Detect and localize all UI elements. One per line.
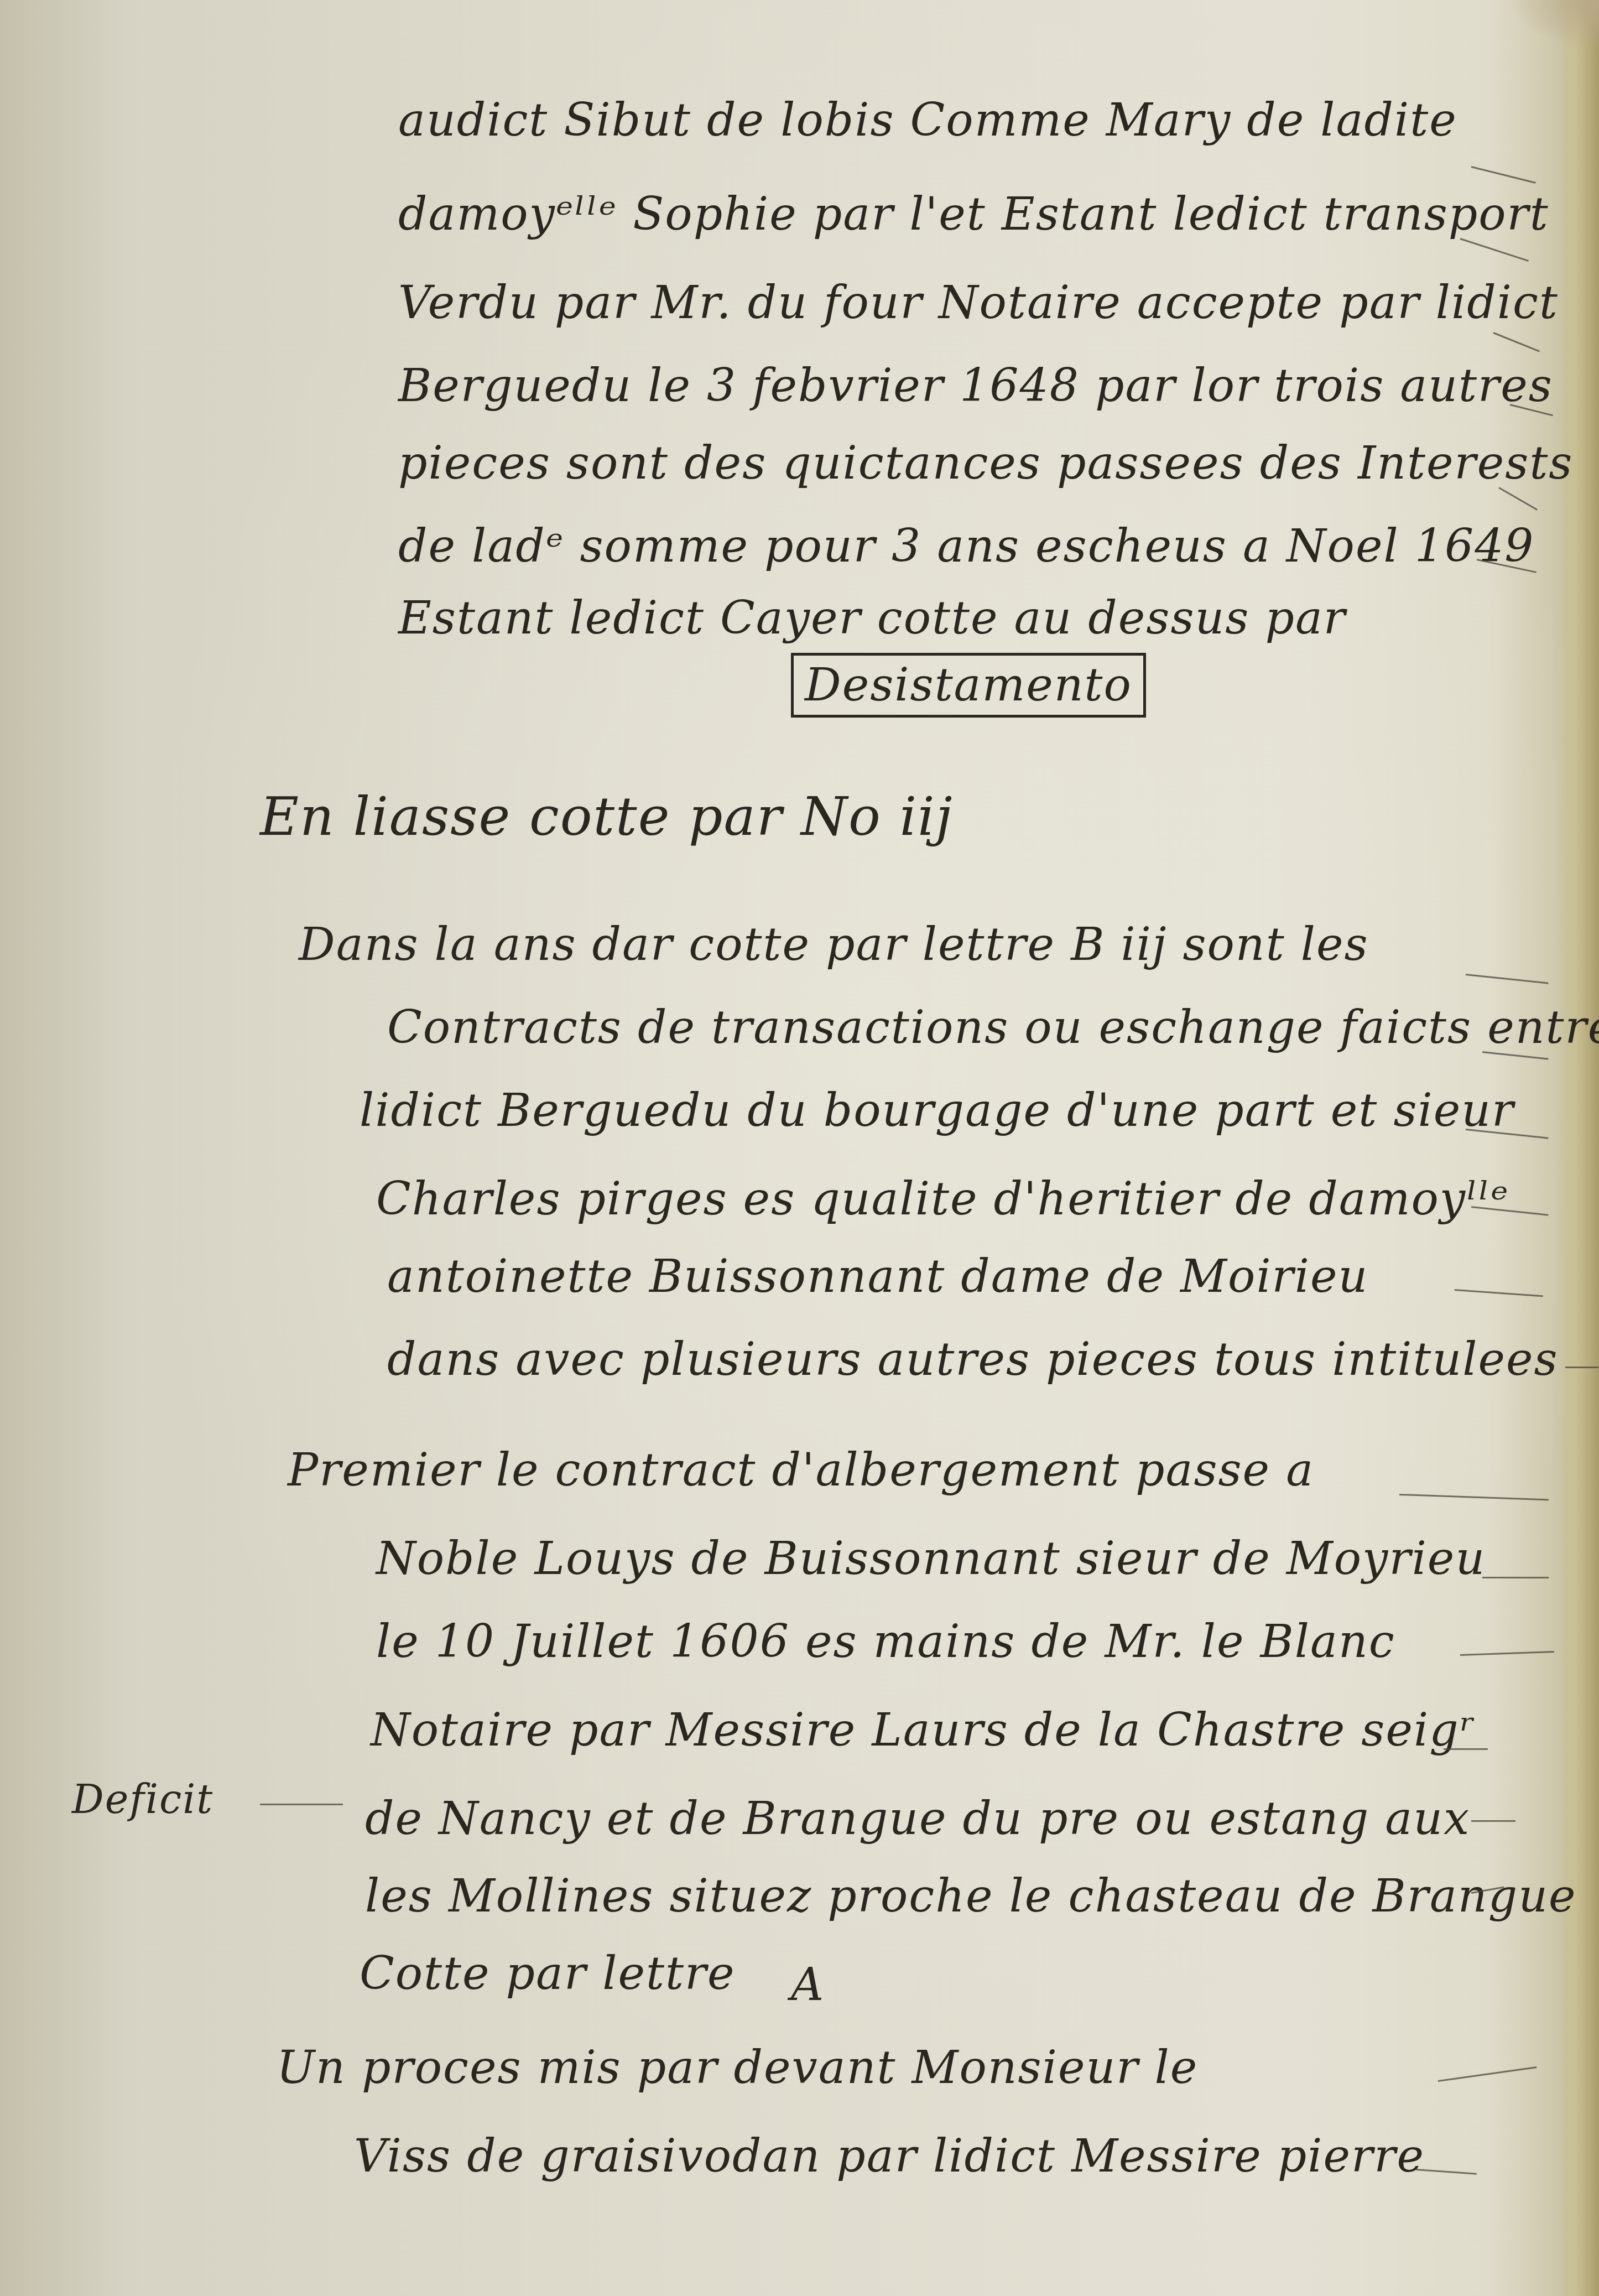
line-filler-stroke — [1471, 166, 1536, 184]
text-line: Noble Louys de Buissonnant sieur de Moyr… — [376, 1533, 1486, 1585]
line-filler-stroke — [1438, 2066, 1537, 2082]
line-filler-stroke — [1399, 1494, 1549, 1500]
line-filler-stroke — [1460, 1651, 1554, 1656]
text-line: Viss de graisivodan par lidict Messire p… — [354, 2130, 1425, 2183]
text-line: de Nancy et de Brangue du pre ou estang … — [365, 1793, 1470, 1845]
manuscript-page: audict Sibut de lobis Comme Mary de ladi… — [0, 0, 1599, 2296]
line-filler-stroke — [1466, 974, 1548, 984]
text-line: Berguedu le 3 febvrier 1648 par lor troi… — [398, 360, 1553, 412]
text-line: pieces sont des quictances passees des I… — [398, 437, 1573, 490]
text-line: Verdu par Mr. du four Notaire accepte pa… — [398, 277, 1559, 329]
text-line: Notaire par Messire Laurs de la Chastre … — [371, 1704, 1476, 1757]
line-filler-stroke — [1565, 1367, 1598, 1368]
text-line: Estant ledict Cayer cotte au dessus par — [398, 592, 1346, 645]
boxed-word: Desistamento — [805, 659, 1132, 711]
line-filler-stroke — [1444, 1748, 1488, 1750]
text-line: Premier le contract d'albergement passe … — [288, 1444, 1314, 1497]
page-edge — [1560, 0, 1599, 2296]
text-line: antoinette Buissonnant dame de Moirieu — [387, 1250, 1368, 1303]
text-line: lidict Berguedu du bourgage d'une part e… — [360, 1084, 1514, 1137]
text-line: audict Sibut de lobis Comme Mary de ladi… — [398, 94, 1457, 147]
text-line: Un proces mis par devant Monsieur le — [277, 2042, 1198, 2094]
text-line: Contracts de transactions ou eschange fa… — [387, 1001, 1599, 1054]
line-filler-stroke — [1416, 2169, 1477, 2175]
line-filler-stroke — [1493, 332, 1540, 352]
text-line: le 10 Juillet 1606 es mains de Mr. le Bl… — [376, 1615, 1395, 1668]
line-filler-stroke — [1455, 1289, 1543, 1297]
margin-note-stroke — [260, 1804, 343, 1805]
text-line: dans avec plusieurs autres pieces tous i… — [387, 1333, 1559, 1386]
text-line: les Mollines situez proche le chasteau d… — [365, 1870, 1576, 1923]
reference-mark: A — [791, 1959, 825, 2011]
page-corner-shadow — [1511, 0, 1599, 50]
margin-note: Deficit — [72, 1776, 213, 1822]
line-filler-stroke — [1498, 487, 1538, 511]
line-filler-stroke — [1471, 1820, 1515, 1822]
boxed-annotation: Desistamento — [791, 653, 1146, 718]
text-line: Charles pirges es qualite d'heritier de … — [376, 1173, 1509, 1225]
text-line: Cotte par lettre — [360, 1947, 736, 2000]
text-line: Dans la ans dar cotte par lettre B iij s… — [299, 918, 1369, 971]
section-heading: En liasse cotte par No iij — [260, 786, 954, 848]
text-line: de ladᵉ somme pour 3 ans escheus a Noel … — [398, 520, 1534, 573]
text-line: damoyᵉˡˡᵉ Sophie par l'et Estant ledict … — [398, 188, 1549, 241]
line-filler-stroke — [1482, 1577, 1549, 1578]
line-filler-stroke — [1460, 238, 1529, 262]
